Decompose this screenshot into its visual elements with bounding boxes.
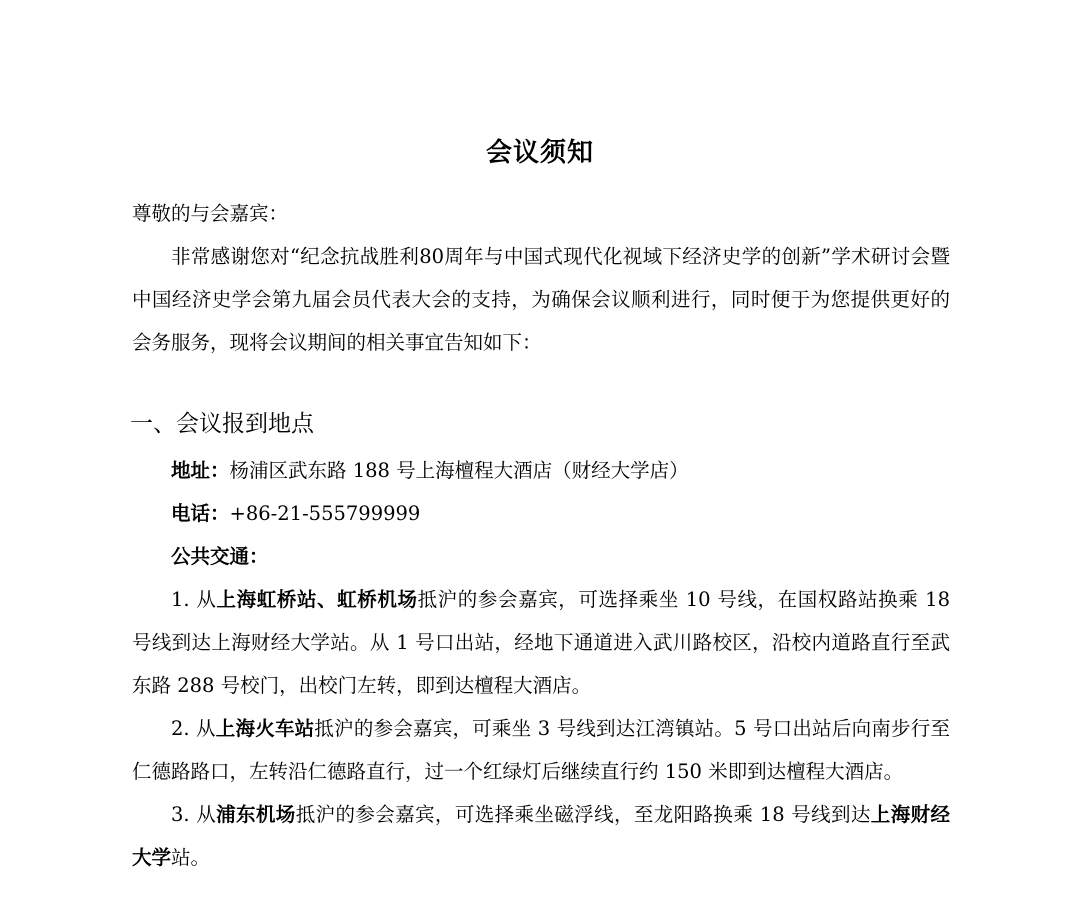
route-number: 3. — [171, 803, 196, 826]
route-origin: 上海火车站 — [216, 717, 315, 740]
route-prefix: 从 — [196, 717, 216, 740]
address-label: 地址： — [171, 459, 230, 482]
section-venue-body: 地址：杨浦区武东路 188 号上海檀程大酒店（财经大学店） 电话：+86-21-… — [132, 449, 950, 879]
route-origin: 浦东机场 — [216, 803, 296, 826]
phone-value: +86-21-555799999 — [230, 502, 421, 525]
route-directions: 抵沪的参会嘉宾，可选择乘坐磁浮线，至龙阳路换乘 18 号线到达 — [296, 803, 871, 826]
section-heading-venue: 一、会议报到地点 — [130, 404, 314, 444]
phone-line: 电话：+86-21-555799999 — [132, 492, 950, 535]
intro-block: 尊敬的与会嘉宾： 非常感谢您对“纪念抗战胜利80周年与中国式现代化视域下经济史学… — [132, 192, 950, 364]
route-origin: 上海虹桥站、虹桥机场 — [217, 588, 418, 611]
route-prefix: 从 — [196, 588, 216, 611]
route-item: 3. 从浦东机场抵沪的参会嘉宾，可选择乘坐磁浮线，至龙阳路换乘 18 号线到达上… — [132, 793, 950, 879]
phone-label: 电话： — [171, 502, 230, 525]
route-suffix: 站。 — [171, 846, 210, 869]
route-prefix: 从 — [196, 803, 216, 826]
transport-label-line: 公共交通： — [132, 535, 950, 578]
route-item: 2. 从上海火车站抵沪的参会嘉宾，可乘坐 3 号线到达江湾镇站。5 号口出站后向… — [132, 707, 950, 793]
salutation: 尊敬的与会嘉宾： — [132, 192, 950, 235]
address-value: 杨浦区武东路 188 号上海檀程大酒店（财经大学店） — [230, 459, 689, 482]
document-page: 会议须知 尊敬的与会嘉宾： 非常感谢您对“纪念抗战胜利80周年与中国式现代化视域… — [0, 0, 1080, 913]
address-line: 地址：杨浦区武东路 188 号上海檀程大酒店（财经大学店） — [132, 449, 950, 492]
transport-label: 公共交通： — [171, 545, 269, 568]
route-number: 2. — [171, 717, 196, 740]
page-title: 会议须知 — [0, 133, 1080, 173]
route-item: 1. 从上海虹桥站、虹桥机场抵沪的参会嘉宾，可选择乘坐 10 号线，在国权路站换… — [132, 578, 950, 707]
route-number: 1. — [171, 588, 196, 611]
intro-paragraph: 非常感谢您对“纪念抗战胜利80周年与中国式现代化视域下经济史学的创新”学术研讨会… — [132, 235, 950, 364]
